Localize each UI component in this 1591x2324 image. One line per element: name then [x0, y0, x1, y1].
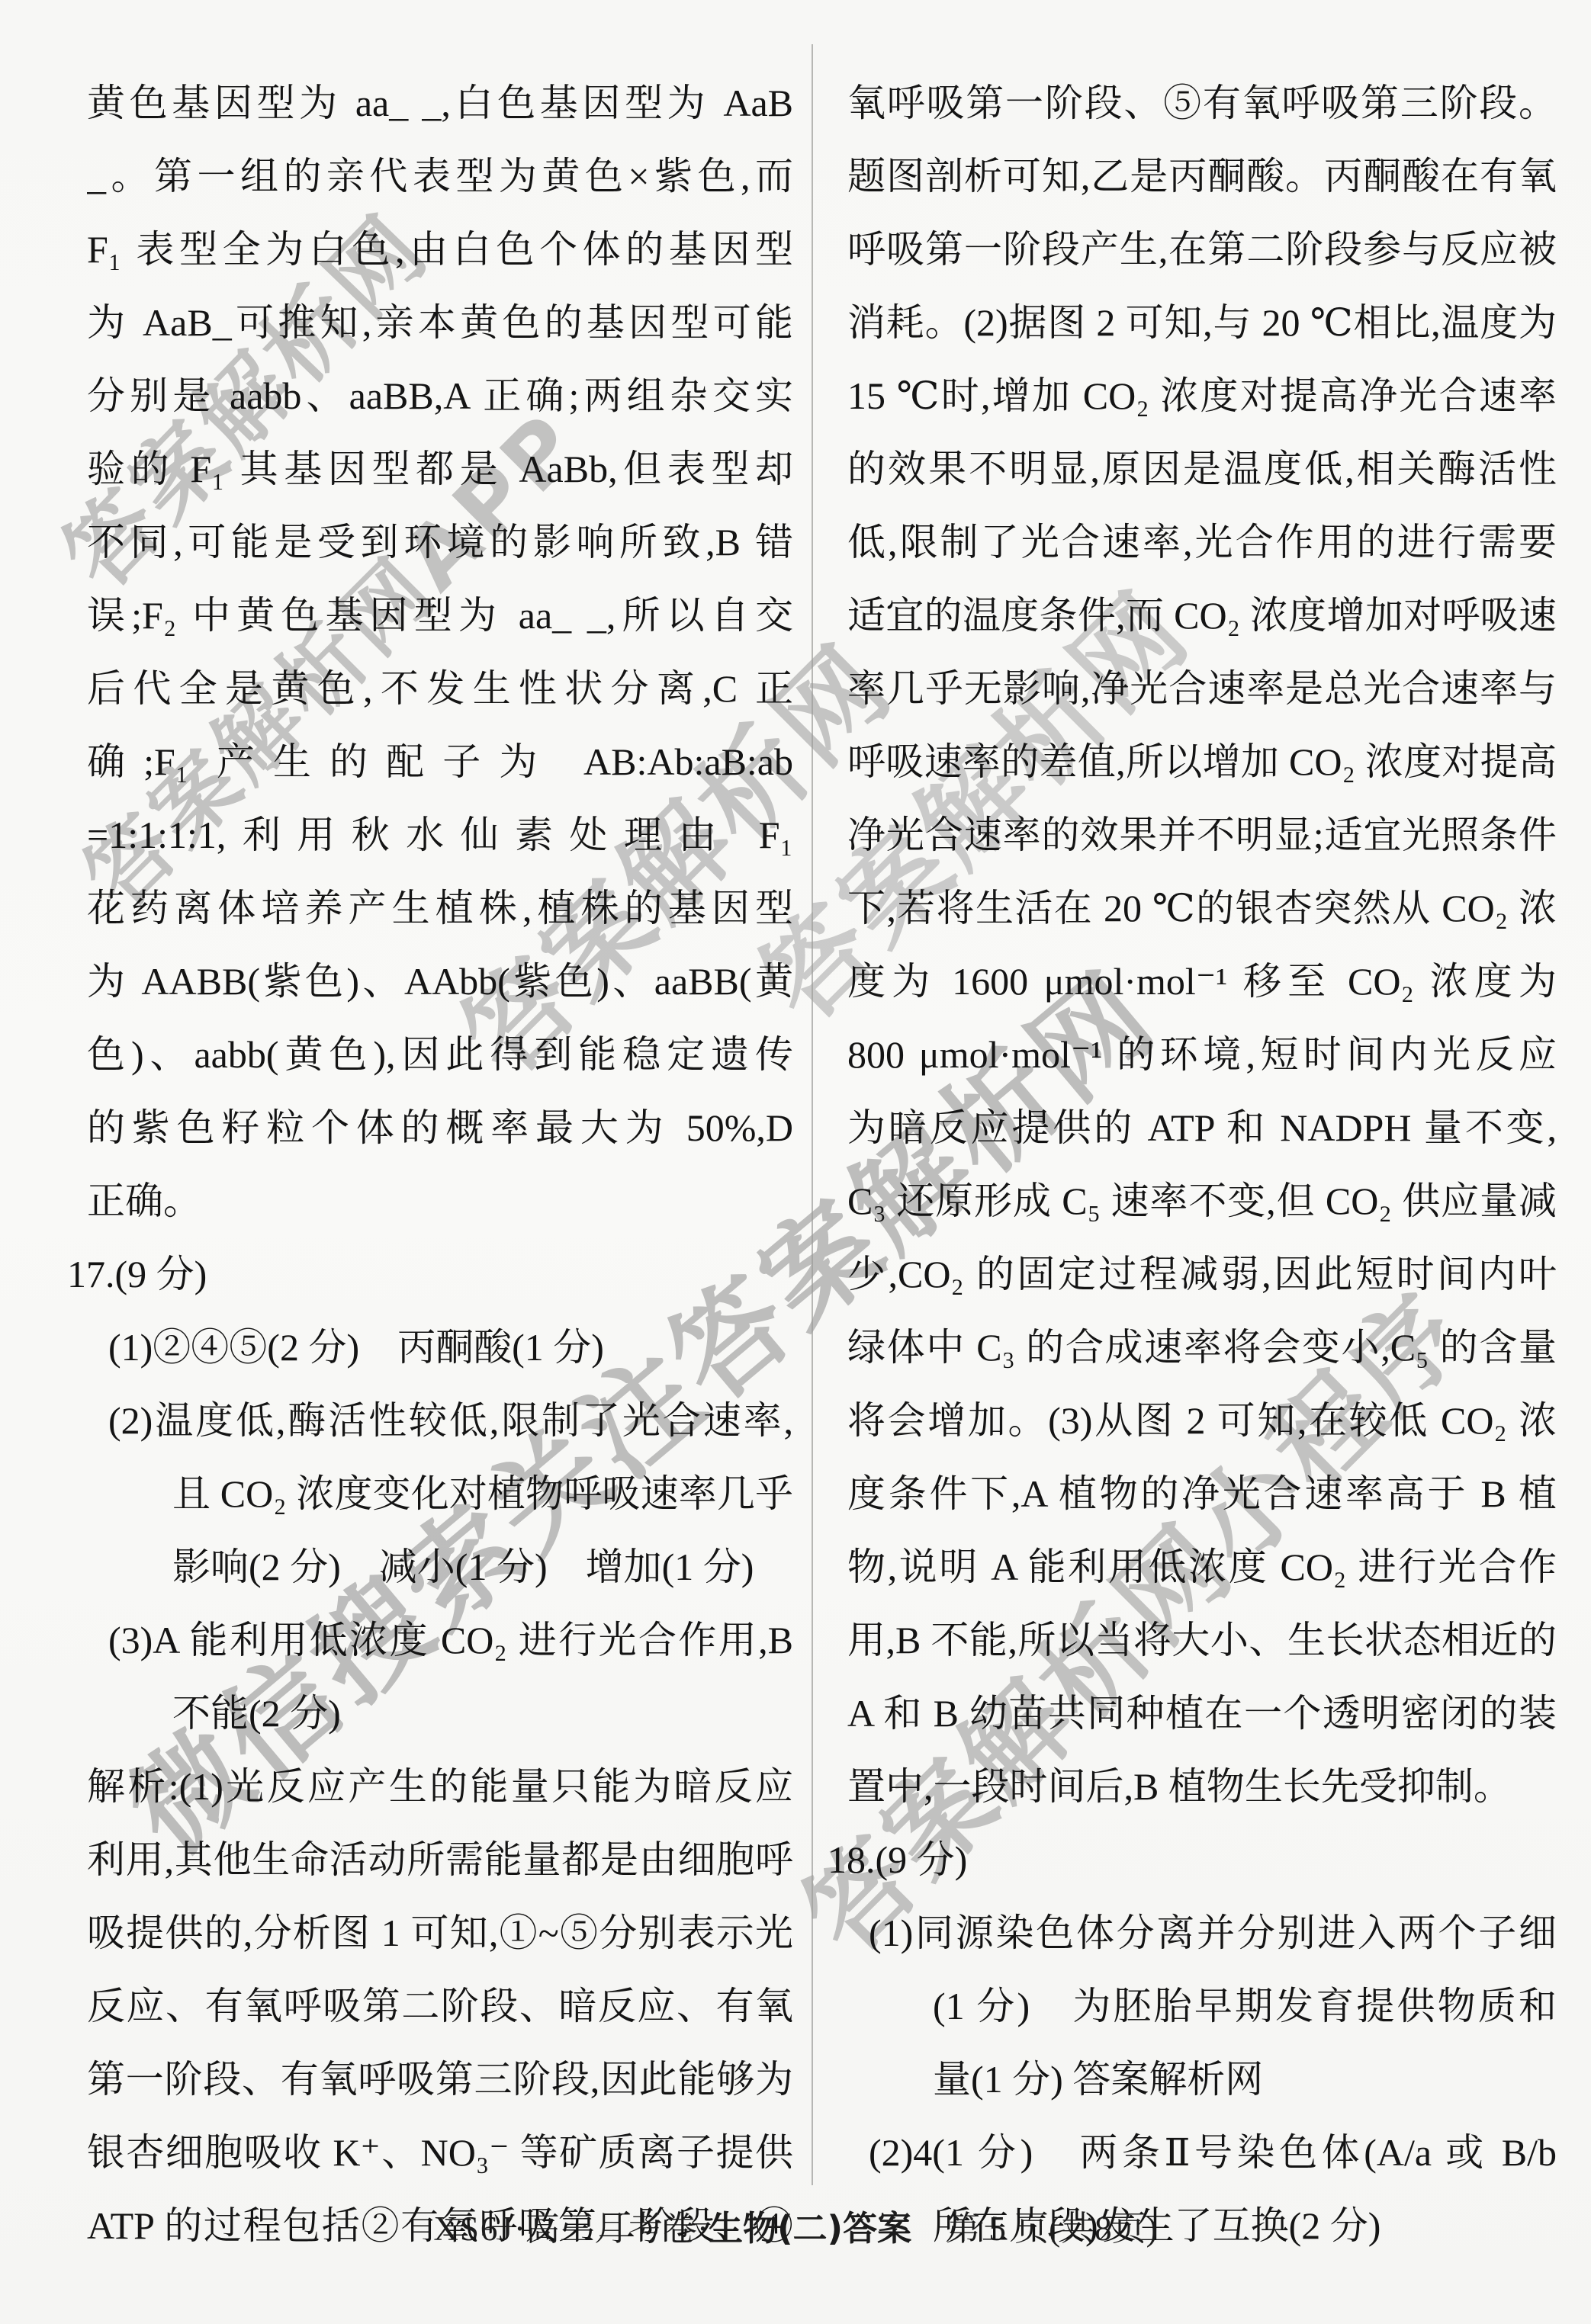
text-line: (1 分) 为胚胎早期发育提供物质和能 [933, 1969, 1557, 2043]
text-line: 色)、aabb(黄色),因此得到能稳定遗传 [87, 1018, 793, 1091]
text-line: 题图剖析可知,乙是丙酮酸。丙酮酸在有氧 [847, 140, 1557, 213]
text-line: 18.(9 分) [828, 1823, 1557, 1896]
text-line: 度为 1600 μmol·mol⁻¹ 移至 CO₂ 浓度为 [847, 945, 1557, 1018]
text-line: 呼吸第一阶段产生,在第二阶段参与反应被 [847, 213, 1557, 286]
text-line: 置中,一段时间后,B 植物生长先受抑制。 [847, 1750, 1557, 1823]
text-line: A 和 B 幼苗共同种植在一个透明密闭的装 [847, 1677, 1557, 1750]
column-right: 氧呼吸第一阶段、⑤有氧呼吸第三阶段。由题图剖析可知,乙是丙酮酸。丙酮酸在有氧呼吸… [828, 66, 1557, 2262]
subject-answer-label: 生物(二)答案 [709, 2208, 911, 2249]
paper-code: XS6J [433, 2210, 514, 2248]
text-line: 正确。 [87, 1164, 793, 1237]
text-line: (1)②④⑤(2 分) 丙酮酸(1 分) [108, 1311, 793, 1384]
text-line: 不能(2 分) [172, 1677, 793, 1750]
text-line: =1:1:1:1,利用秋水仙素处理由 F₁ [87, 798, 793, 872]
page-footer: XS6J·高三月考卷·生物(二)答案 第 5 页(共8页) [0, 2200, 1591, 2250]
text-line: 物,说明 A 能利用低浓度 CO₂ 进行光合作 [847, 1530, 1557, 1603]
text-line: _。第一组的亲代表型为黄色×紫色,而 [87, 140, 793, 213]
text-line: 氧呼吸第一阶段、⑤有氧呼吸第三阶段。由 [847, 66, 1557, 140]
text-line: 影响(2 分) 减小(1 分) 增加(1 分) [172, 1530, 793, 1603]
text-line: 消耗。(2)据图 2 可知,与 20 ℃相比,温度为 [847, 286, 1557, 359]
text-line: 为 AABB(紫色)、AAbb(紫色)、aaBB(黄 [87, 945, 793, 1018]
text-line: 呼吸速率的差值,所以增加 CO₂ 浓度对提高 [847, 725, 1557, 798]
text-line: 反应、有氧呼吸第二阶段、暗反应、有氧呼吸 [87, 1969, 793, 2043]
text-line: (2)温度低,酶活性较低,限制了光合速率, [108, 1384, 793, 1457]
text-line: 低,限制了光合速率,光合作用的进行需要 [847, 506, 1557, 579]
text-line: 确;F₁ 产生的配子为 AB:Ab:aB:ab [87, 725, 793, 798]
text-line: 后代全是黄色,不发生性状分离,C 正 [87, 652, 793, 725]
text-line: 将会增加。(3)从图 2 可知,在较低 CO₂ 浓 [847, 1384, 1557, 1457]
text-line: 的紫色籽粒个体的概率最大为 50%,D [87, 1091, 793, 1164]
text-line: 黄色基因型为 aa_ _,白色基因型为 AaB [87, 66, 793, 140]
text-line: 率几乎无影响,净光合速率是总光合速率与 [847, 652, 1557, 725]
column-divider-line [812, 44, 813, 2185]
text-line: 解析:(1)光反应产生的能量只能为暗反应 [87, 1750, 793, 1823]
scanned-answer-page: 答案解析网答案解析网APP答案解析网答案解析网微信搜索关注答案解析网答案解析网小… [0, 0, 1591, 2324]
text-line: 800 μmol·mol⁻¹ 的环境,短时间内光反应 [847, 1018, 1557, 1091]
text-line: (2)4(1 分) 两条Ⅱ号染色体(A/a 或 B/b [869, 2116, 1557, 2189]
text-line: 的效果不明显,原因是温度低,相关酶活性 [847, 432, 1557, 506]
text-line: (1)同源染色体分离并分别进入两个子细胞 [869, 1896, 1557, 1969]
text-line: 少,CO₂ 的固定过程减弱,因此短时间内叶 [847, 1237, 1557, 1311]
text-line: 利用,其他生命活动所需能量都是由细胞呼 [87, 1823, 793, 1896]
text-line: C₃ 还原形成 C₅ 速率不变,但 CO₂ 供应量减 [847, 1164, 1557, 1237]
text-line: 17.(9 分) [67, 1237, 793, 1311]
exam-title: 高三月考卷 [526, 2210, 697, 2248]
column-left: 黄色基因型为 aa_ _,白色基因型为 AaB_。第一组的亲代表型为黄色×紫色,… [67, 66, 793, 2262]
text-line: 不同,可能是受到环境的影响所致,B 错 [87, 506, 793, 579]
text-line: 分别是 aabb、aaBB,A 正确;两组杂交实 [87, 359, 793, 432]
text-line: 用,B 不能,所以当将大小、生长状态相近的 [847, 1603, 1557, 1677]
text-line: 绿体中 C₃ 的合成速率将会变小,C₅ 的含量 [847, 1311, 1557, 1384]
text-line: 净光合速率的效果并不明显;适宜光照条件 [847, 798, 1557, 872]
text-line: 15 ℃时,增加 CO₂ 浓度对提高净光合速率 [847, 359, 1557, 432]
text-line: 量(1 分) 答案解析网 [933, 2043, 1557, 2116]
text-line: (3)A 能利用低浓度 CO₂ 进行光合作用,B [108, 1603, 793, 1677]
text-line: 误;F₂ 中黄色基因型为 aa_ _,所以自交 [87, 579, 793, 652]
text-line: 下,若将生活在 20 ℃的银杏突然从 CO₂ 浓 [847, 872, 1557, 945]
text-line: 为暗反应提供的 ATP 和 NADPH 量不变, [847, 1091, 1557, 1164]
text-line: 适宜的温度条件,而 CO₂ 浓度增加对呼吸速 [847, 579, 1557, 652]
text-line: 且 CO₂ 浓度变化对植物呼吸速率几乎无 [172, 1457, 793, 1530]
text-line: 验的 F₁ 其基因型都是 AaBb,但表型却 [87, 432, 793, 506]
text-line: 花药离体培养产生植株,植株的基因型 [87, 872, 793, 945]
text-line: 度条件下,A 植物的净光合速率高于 B 植 [847, 1457, 1557, 1530]
text-line: 第一阶段、有氧呼吸第三阶段,因此能够为 [87, 2043, 793, 2116]
text-line: 银杏细胞吸收 K⁺、NO₃⁻ 等矿质离子提供 [87, 2116, 793, 2189]
text-line: 为 AaB_可推知,亲本黄色的基因型可能 [87, 286, 793, 359]
footer-separator: · [514, 2210, 526, 2248]
page-number: 第 5 页(共8页) [911, 2210, 1157, 2248]
footer-separator: · [697, 2210, 709, 2248]
text-line: F₁ 表型全为白色,由白色个体的基因型 [87, 213, 793, 286]
text-line: 吸提供的,分析图 1 可知,①~⑤分别表示光 [87, 1896, 793, 1969]
